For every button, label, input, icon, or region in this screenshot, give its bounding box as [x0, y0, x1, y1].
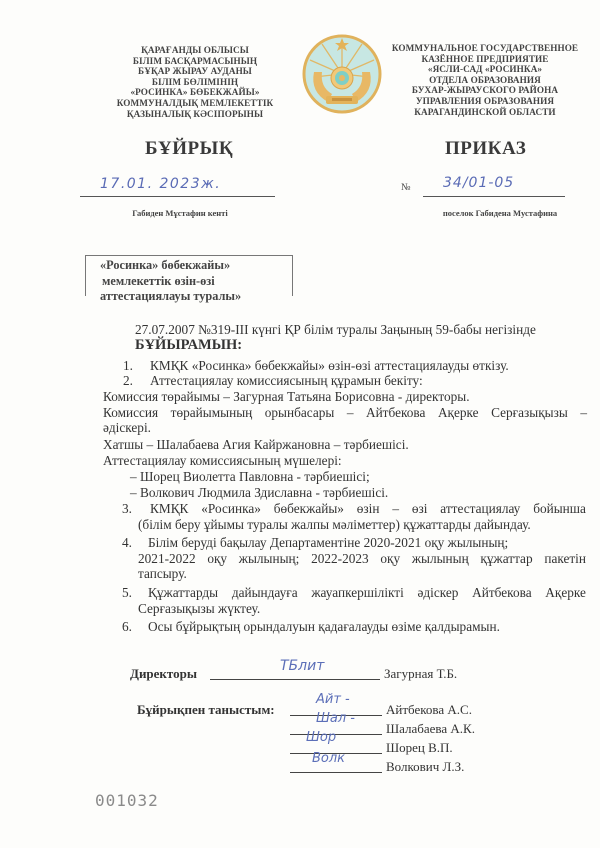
director-name: Загурная Т.Б.: [384, 666, 457, 682]
member: – Волкович Людмила Здиславна - тәрбиешіс…: [130, 485, 388, 500]
item-4-line1: Білім беруді бақылау Департаментіне 2020…: [148, 535, 508, 550]
commission-chair: Комиссия төрайымы – Загурная Татьяна Бор…: [103, 389, 470, 404]
header-kz-line: БІЛІМ БӨЛІМІНІҢ: [90, 77, 300, 88]
header-kz-line: БҰҚАР ЖЫРАУ АУДАНЫ: [90, 66, 300, 77]
header-ru-line: КАЗЁННОЕ ПРЕДПРИЯТИЕ: [385, 54, 585, 65]
signature: Шор: [306, 730, 336, 745]
item-number: 3.: [122, 501, 132, 516]
director-signature-line: ТБлит: [210, 664, 380, 680]
place-kazakh: Габиден Мұстафин кенті: [100, 208, 260, 218]
item-3-line1: КМҚК «Росинка» бөбекжайы» өзін – өзі атт…: [150, 501, 586, 516]
serial-number: 001032: [95, 791, 159, 810]
commission-deputy-line2: әдіскері.: [103, 420, 151, 435]
item-number: 5.: [122, 585, 132, 600]
header-ru-line: БУХАР-ЖЫРАУСКОГО РАЙОНА: [385, 85, 585, 96]
header-ru-line: «ЯСЛИ-САД «РОСИНКА»: [385, 64, 585, 75]
order-word: БҰЙЫРАМЫН:: [135, 338, 242, 353]
item-3-line2: (білім беру ұйымы туралы жалпы мәліметте…: [138, 517, 531, 532]
signature: Волк: [312, 751, 345, 766]
header-ru-line: ОТДЕЛА ОБРАЗОВАНИЯ: [385, 75, 585, 86]
subject: «Росинка» бөбекжайы» мемлекеттік өзін-өз…: [100, 258, 241, 305]
header-russian-org: КОММУНАЛЬНОЕ ГОСУДАРСТВЕННОЕ КАЗЁННОЕ ПР…: [385, 43, 585, 117]
subject-line: аттестациялауы туралы»: [100, 289, 241, 305]
signature-line: Волк: [290, 757, 382, 773]
member: – Шорец Виолетта Павловна - тәрбиешісі;: [130, 469, 370, 484]
signature: Шал -: [316, 711, 355, 726]
subject-line: «Росинка» бөбекжайы»: [100, 258, 241, 274]
director-signature: ТБлит: [280, 658, 324, 674]
item-5-line1: Құжаттарды дайындауға жауапкершілікті әд…: [148, 585, 586, 600]
acquainted-label: Бұйрықпен таныстым:: [137, 702, 275, 718]
item-5-line2: Серғазықызы жүктеу.: [138, 601, 260, 616]
item-2: Аттестациялау комиссиясының құрамын бекі…: [150, 373, 423, 388]
header-kz-line: КОММУНАЛДЫҚ МЕМЛЕКЕТТІК: [90, 98, 300, 109]
header-kazakh-org: ҚАРАҒАНДЫ ОБЛЫСЫ БІЛІМ БАСҚАРМАСЫНЫҢ БҰҚ…: [90, 45, 300, 119]
item-number: 2.: [123, 373, 133, 388]
header-kz-line: «РОСИНКА» БӨБЕКЖАЙЫ»: [90, 87, 300, 98]
item-4-line3: тапсыру.: [138, 566, 187, 581]
acquainted-name: Шалабаева А.К.: [386, 721, 475, 737]
commission-deputy-line1: Комиссия төрайымының орынбасары – Айтбек…: [103, 405, 587, 420]
item-number: 1.: [123, 358, 133, 373]
subject-line: мемлекеттік өзін-өзі: [100, 274, 241, 290]
handwritten-order-number: 34/01-05: [443, 175, 514, 191]
title-kazakh: БҰЙРЫҚ: [145, 138, 233, 160]
place-russian: поселок Габидена Мустафина: [420, 208, 580, 218]
number-sign: №: [401, 182, 411, 193]
order-number-field: № 34/01-05: [423, 176, 565, 197]
item-number: 4.: [122, 535, 132, 550]
members-title: Аттестациялау комиссиясының мүшелері:: [103, 453, 342, 468]
item-1: КМҚК «Росинка» бөбекжайы» өзін-өзі аттес…: [150, 358, 509, 373]
header-kz-line: ҚАРАҒАНДЫ ОБЛЫСЫ: [90, 45, 300, 56]
title-russian: ПРИКАЗ: [445, 138, 526, 160]
item-6: Осы бұйрықтың орындалуын қадағалауды өзі…: [148, 619, 500, 634]
acquainted-name: Волкович Л.З.: [386, 759, 464, 775]
director-label: Директоры: [130, 666, 197, 682]
commission-secretary: Хатшы – Шалабаева Агия Кайржановна – тәр…: [103, 437, 409, 452]
header-ru-line: КАРАГАНДИНСКОЙ ОБЛАСТИ: [385, 107, 585, 118]
signature: Айт -: [316, 692, 350, 707]
preamble: 27.07.2007 №319-ІІІ күнгі ҚР білім турал…: [135, 322, 536, 337]
handwritten-date: 17.01. 2023ж.: [100, 176, 221, 192]
acquainted-name: Айтбекова А.С.: [386, 702, 472, 718]
header-ru-line: КОММУНАЛЬНОЕ ГОСУДАРСТВЕННОЕ: [385, 43, 585, 54]
item-number: 6.: [122, 619, 132, 634]
item-4-line2: 2021-2022 оқу жылының; 2022-2023 оқу жыл…: [138, 551, 586, 566]
state-emblem-icon: [300, 32, 384, 116]
header-kz-line: БІЛІМ БАСҚАРМАСЫНЫҢ: [90, 56, 300, 67]
acquainted-name: Шорец В.П.: [386, 740, 453, 756]
header-kz-line: ҚАЗЫНАЛЫҚ КӘСІПОРЫНЫ: [90, 109, 300, 120]
header-ru-line: УПРАВЛЕНИЯ ОБРАЗОВАНИЯ: [385, 96, 585, 107]
date-field: 17.01. 2023ж.: [80, 176, 275, 197]
